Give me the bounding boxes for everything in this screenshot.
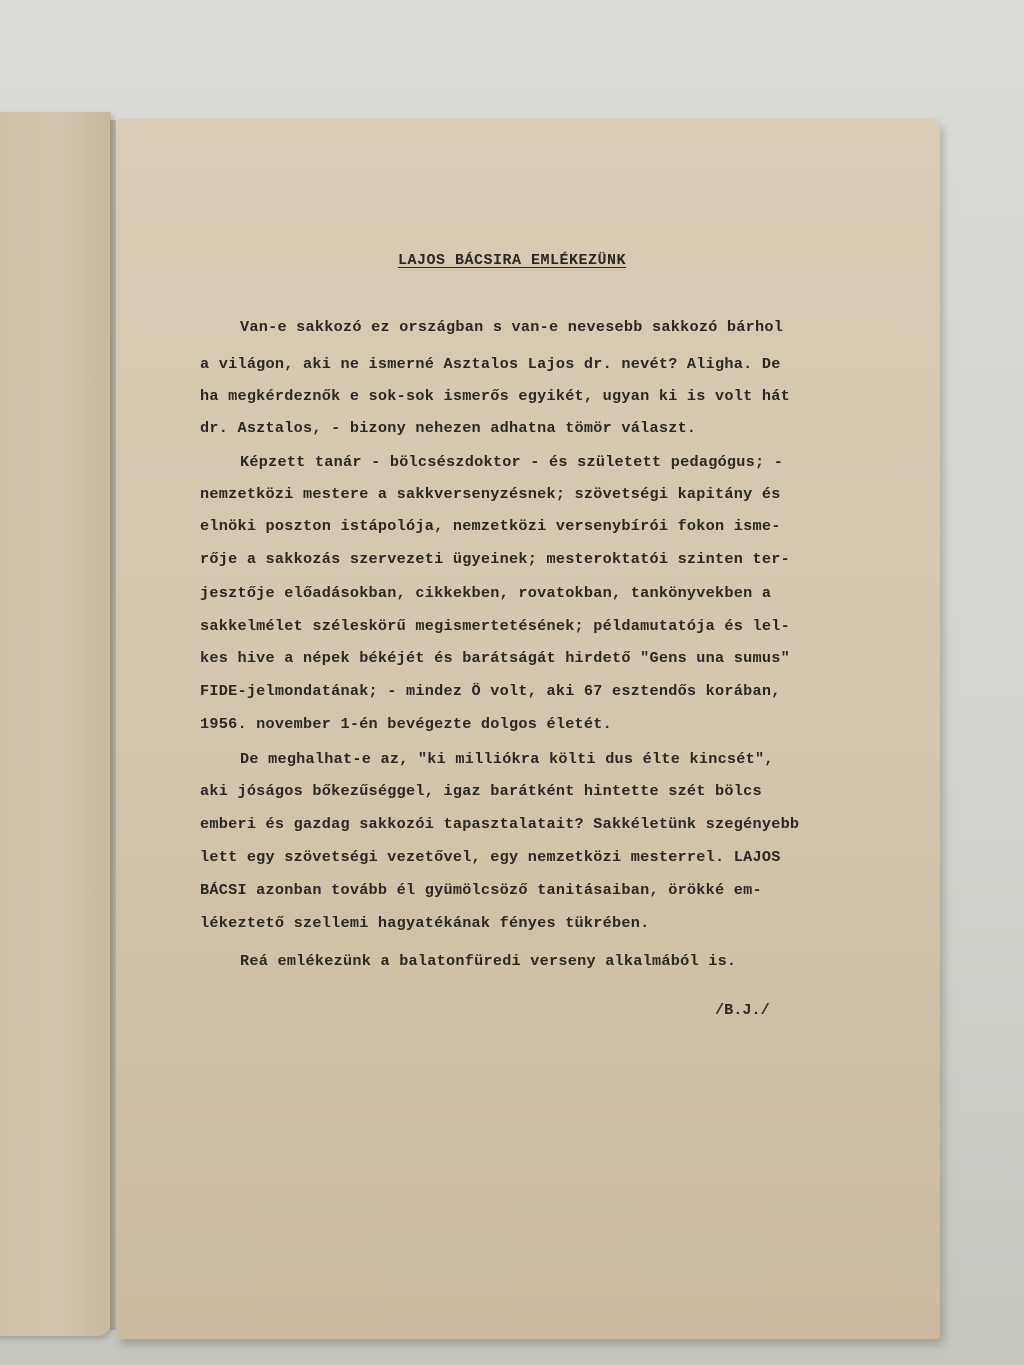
text-line: De meghalhat-e az, "ki milliókra költi d… (240, 750, 774, 768)
page-title: LAJOS BÁCSIRA EMLÉKEZÜNK (398, 252, 626, 269)
text-line: Reá emlékezünk a balatonfüredi verseny a… (240, 952, 736, 970)
text-line: kes hive a népek békéjét és barátságát h… (200, 649, 790, 667)
text-line: lékeztető szellemi hagyatékának fényes t… (200, 914, 649, 932)
text-line: Van-e sakkozó ez országban s van-e neves… (240, 318, 783, 336)
text-line: dr. Asztalos, - bizony nehezen adhatna t… (200, 419, 696, 437)
text-line: BÁCSI azonban tovább él gyümölcsöző tani… (200, 881, 762, 899)
text-line: sakkelmélet széleskörű megismertetésének… (200, 617, 790, 635)
text-line: 1956. november 1-én bevégezte dolgos éle… (200, 715, 612, 733)
signature: /B.J./ (715, 1001, 770, 1019)
text-line: rője a sakkozás szervezeti ügyeinek; mes… (200, 550, 790, 568)
text-line: jesztője előadásokban, cikkekben, rovato… (200, 584, 771, 602)
text-line: aki jóságos bőkezűséggel, igaz barátként… (200, 782, 762, 800)
booklet-spine (110, 120, 116, 1330)
text-line: nemzetközi mestere a sakkversenyzésnek; … (200, 485, 781, 503)
text-line: elnöki poszton istápolója, nemzetközi ve… (200, 517, 781, 535)
text-line: ha megkérdeznők e sok-sok ismerős egyiké… (200, 387, 790, 405)
text-line: lett egy szövetségi vezetővel, egy nemze… (200, 848, 781, 866)
text-line: a világon, aki ne ismerné Asztalos Lajos… (200, 355, 781, 373)
left-page (0, 112, 111, 1336)
text-line: emberi és gazdag sakkozói tapasztalatait… (200, 815, 799, 833)
text-line: FIDE-jelmondatának; - mindez Ö volt, aki… (200, 682, 781, 700)
text-line: Képzett tanár - bölcsészdoktor - és szül… (240, 453, 783, 471)
